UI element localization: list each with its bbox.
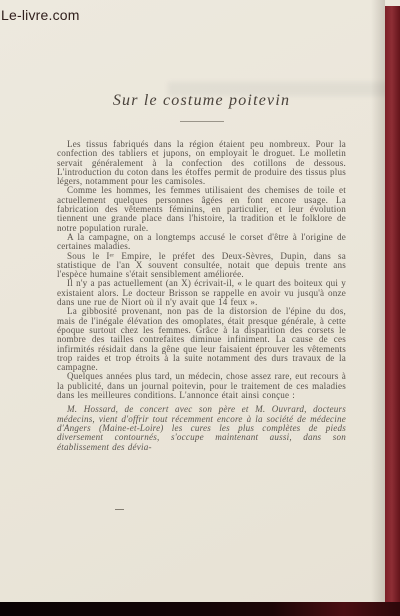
text-column: Sur le costume poitevin Les tissus fabri… bbox=[57, 0, 346, 452]
stray-print-mark bbox=[115, 509, 124, 510]
paper-sheet: Sur le costume poitevin Les tissus fabri… bbox=[0, 0, 400, 602]
book-spine-band bbox=[385, 6, 400, 602]
body-text: Les tissus fabriqués dans la région étai… bbox=[57, 140, 346, 452]
title-divider bbox=[180, 121, 224, 122]
paragraph-5: Il n'y a pas actuellement (an X) écrivai… bbox=[57, 279, 346, 307]
paragraph-7: Quelques années plus tard, un médecin, c… bbox=[57, 372, 346, 400]
paragraph-4: Sous le Iᵉʳ Empire, le préfet des Deux-S… bbox=[57, 252, 346, 280]
paragraph-6: La gibbosité provenant, non pas de la di… bbox=[57, 307, 346, 372]
announcement-paragraph: M. Hossard, de concert avec son père et … bbox=[57, 405, 346, 451]
paragraph-2: Comme les hommes, les femmes utilisaient… bbox=[57, 186, 346, 232]
paragraph-1: Les tissus fabriqués dans la région étai… bbox=[57, 140, 346, 186]
watermark: Le-livre.com bbox=[1, 7, 80, 23]
backdrop-bottom-band bbox=[0, 602, 400, 616]
paragraph-3: A la campagne, on a longtemps accusé le … bbox=[57, 233, 346, 252]
page-title: Sur le costume poitevin bbox=[57, 92, 346, 110]
page-edge-shadow bbox=[371, 0, 385, 602]
scanned-book-page: Sur le costume poitevin Les tissus fabri… bbox=[0, 0, 400, 616]
